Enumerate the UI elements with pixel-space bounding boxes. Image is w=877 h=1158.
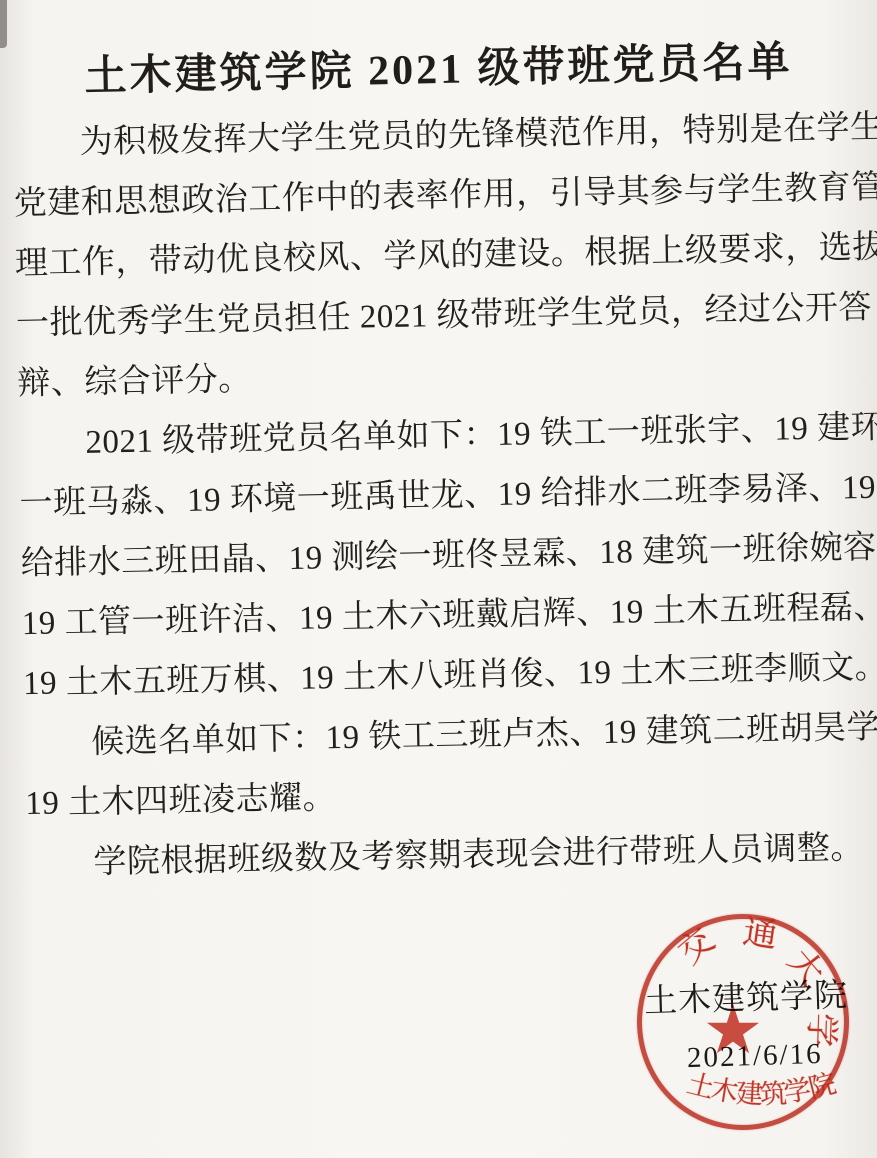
seal-arc-char: 筑 — [759, 1079, 787, 1109]
document-page: 土木建筑学院 2021 级带班党员名单 为积极发挥大学生党员的先锋模范作用，特别… — [0, 0, 877, 1158]
paragraph-candidate-list: 候选名单如下：19 铁工三班卢杰、19 建筑二班胡昊学、19 土木四班凌志耀。 — [24, 698, 877, 834]
seal-circle — [637, 914, 849, 1130]
paragraph-member-list: 2021 级带班党员名单如下：19 铁工一班张宇、19 建环一班马淼、19 环境… — [18, 398, 877, 714]
seal-arc-char: 建 — [735, 1079, 763, 1109]
document-title: 土木建筑学院 2021 级带班党员名单 — [0, 27, 877, 105]
seal-ring-char: 交 — [672, 922, 723, 973]
seal-arc-char: 院 — [806, 1069, 839, 1104]
paragraph-intro: 为积极发挥大学生党员的先锋模范作用，特别是在学生党建和思想政治工作中的表率作用，… — [12, 98, 871, 414]
seal-ring-char: 通 — [740, 915, 781, 956]
seal-arc-char: 学 — [782, 1075, 813, 1108]
official-seal: 交 通 大 学 ★ 土 木 建 筑 学 院 — [622, 902, 867, 1158]
document-body: 为积极发挥大学生党员的先锋模范作用，特别是在学生党建和思想政治工作中的表率作用，… — [12, 98, 877, 894]
signature-unit: 土木建筑学院 — [643, 969, 848, 1022]
scan-smudge — [0, 0, 7, 48]
seal-arc-char: 木 — [709, 1075, 740, 1108]
signature-date: 2021/6/16 — [687, 1038, 824, 1075]
